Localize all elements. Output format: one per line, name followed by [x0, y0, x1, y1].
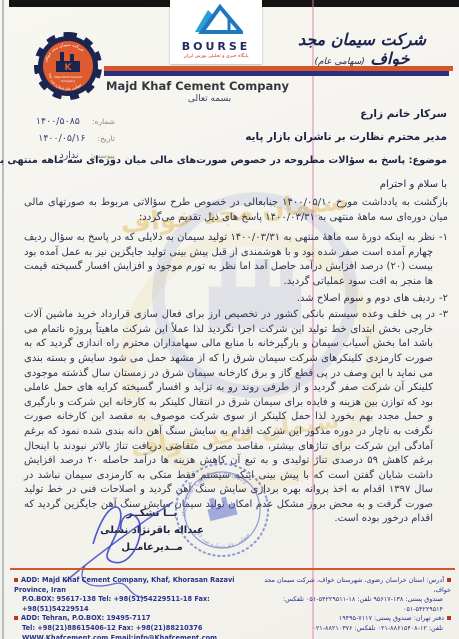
subject-line: موضوع: پاسخ به سؤالات مطروحه در خصوص صور… — [0, 155, 447, 166]
recipient-line2: مدیر محترم نظارت بر ناشران بازار پایه — [245, 131, 447, 143]
footer-en-line3: ADD: Tehran, P.O.BOX: 19495-7117 — [21, 614, 151, 622]
item-3-marker: ۳- — [439, 309, 448, 320]
svg-text:K: K — [65, 63, 73, 73]
company-name-fa: شرکت سیمان مجد خواف (سهامی عام) — [277, 30, 447, 68]
footer-fa-line3: دفتر تهران: صندوق پستی: ۷۱۱۷-۱۹۴۹۵ — [339, 614, 444, 622]
bourse-24-icon — [189, 3, 243, 35]
bullet-icon — [14, 578, 18, 582]
bullet-icon — [447, 578, 451, 582]
footer-en-line5: WWW.Khafcement.com Email:info@Khafcement… — [14, 634, 264, 639]
bullet-icon — [447, 616, 451, 620]
bourse-tagline: پایگاه خبری و تحلیلی بورس ایران — [180, 53, 252, 58]
footer-en-line2: P.O.BOX: 95617-138 Tel: +98(51)54229511-… — [14, 595, 264, 614]
item-2-marker: ۲- — [439, 293, 448, 304]
scanned-letter-page: سیمان مجد خواف سیمان مجد خواف K شرکت سیم… — [0, 0, 459, 639]
salutation: با سلام و احترام — [380, 179, 447, 190]
item-1-marker: ۱- — [439, 232, 448, 243]
footer-persian: آدرس: استان خراسان رضوی، شهرستان خواف، ش… — [256, 576, 451, 634]
body-item-1: ۱-نظر به اینکه دورۀ سه ماهۀ منتهی به ۱۴۰… — [24, 231, 448, 289]
footer-en-line4: Tel: +98(21)88615406-12 Fax: +98(21)8821… — [14, 624, 264, 634]
company-logo: K شرکت سیمان مجد خواف سهامی عام شماره ثب… — [34, 32, 102, 100]
svg-text:Company: Company — [61, 79, 75, 83]
date-label: تاریخ: — [98, 134, 115, 143]
number-label: شماره: — [92, 117, 115, 126]
scan-top-strip-right — [262, 0, 459, 7]
item-2-text: ردیف های دوم و سوم اصلاح شد. — [297, 293, 435, 304]
bourse-wordmark: BOURSE — [170, 40, 262, 53]
besmele: بسمه تعالی — [0, 94, 419, 104]
footer-rule — [10, 568, 455, 570]
body-item-2: ۲-ردیف های دوم و سوم اصلاح شد. — [24, 292, 448, 307]
footer-fa-line2: صندوق پستی: ۱۳۸-۹۵۶۱۷ تلفن: ۱۸-۵۴۲۲۹۵۱۱-… — [256, 595, 451, 614]
company-name-en: Majd Khaf Cement Company — [106, 79, 289, 93]
footer-fa-line1: آدرس: استان خراسان رضوی، شهرستان خواف، ش… — [264, 576, 451, 594]
bullet-icon — [14, 616, 18, 620]
bourse-logo-box: BOURSE پایگاه خبری و تحلیلی بورس ایران — [170, 0, 262, 64]
footer-english: ADD: Majd Khaf Cement Company, Khaf, Kho… — [14, 576, 264, 639]
scan-top-strip-left — [9, 0, 170, 7]
recipient-line1: سرکار خانم زارع — [360, 108, 447, 120]
footer-en-line1: ADD: Majd Khaf Cement Company, Khaf, Kho… — [14, 576, 235, 594]
footer-fa-line4: تلفن: ۱۲-۸۸۶۱۵۴۰۸-۰۲۱ تلفکس: ۸۸۲۱۰۳۷۶-۰۲… — [256, 624, 451, 634]
svg-text:شرکت سیمان مجد خواف: شرکت سیمان مجد خواف — [43, 42, 86, 63]
intro-paragraph: بازگشت به یادداشت مورخ ۱۴۰۰/۰۵/۱۰ جنابعا… — [24, 196, 448, 225]
factory-icon: K شرکت سیمان مجد خواف سهامی عام شماره ثب… — [34, 32, 102, 100]
header-rule-navy — [104, 71, 449, 76]
item-1-text: نظر به اینکه دورۀ سه ماهۀ منتهی به ۱۴۰۰/… — [24, 232, 435, 287]
